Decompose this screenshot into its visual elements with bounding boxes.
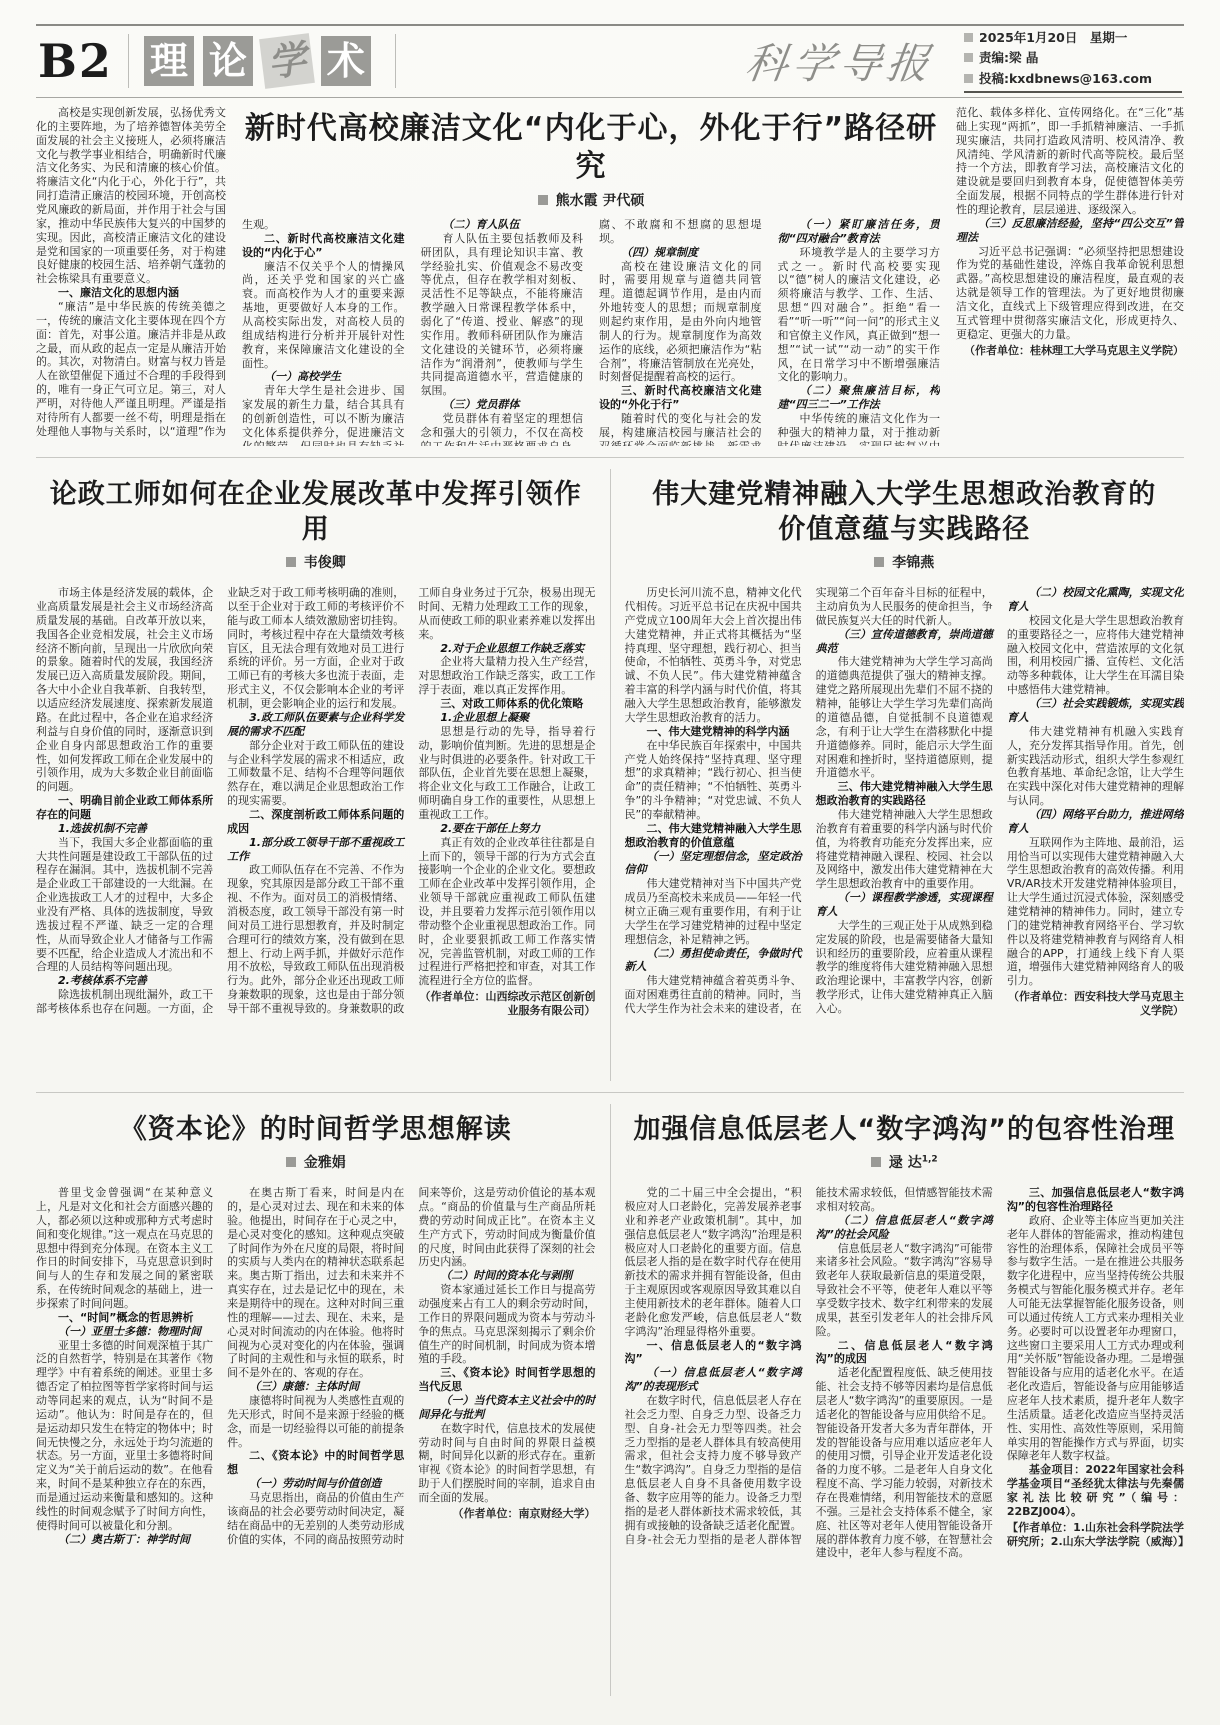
header-left: B2 理论学术 (38, 34, 411, 88)
section-separator (36, 457, 1184, 458)
article-subhead: （一）坚定理想信念，坚定政治信仰 (625, 850, 802, 878)
date-line: 2025年1月20日 星期一 (964, 28, 1182, 49)
article-political-instructors: 论政工师如何在企业发展改革中发挥引领作用 韦俊卿 市场主体是经济发展的载体，企业… (36, 469, 610, 1081)
article-subhead: 一、明确目前企业政工师体系所存在的问题 (36, 794, 213, 822)
article-paragraph: 伟大建党精神对当下中国共产党成员乃至高校未来成员——年轻一代树立正确三观有重要作… (625, 877, 802, 946)
article-paragraph: “廉洁”是中华民族的传统美德之一，传统的廉洁文化主要体现在四个方面：首先，对事公… (36, 300, 226, 438)
byline-square-icon (874, 557, 884, 567)
byline-square-icon (538, 195, 548, 205)
article-subhead: （二）校园文化熏陶，实现文化育人 (1007, 586, 1184, 614)
article-paragraph: 市场主体是经济发展的载体，企业高质量发展是社会主义市场经济高质量发展的基础。自改… (36, 586, 213, 794)
article-subhead: 一、“时间”概念的哲思辨析 (36, 1311, 213, 1325)
article-attribution: （作者单位：桂林理工大学马克思主义学院） (956, 344, 1184, 358)
article-paragraph: 真正有效的企业改革往往都是自上而下的，领导干部的行为方式会直接影响一个企业的企业… (418, 836, 595, 988)
article-paragraph: 习近平总书记强调：“必须坚持把思想建设作为党的基础性建设，淬炼自我革命锐利思想武… (956, 245, 1184, 342)
editor-line: 责编:梁 晶 (964, 48, 1182, 69)
section-title-char: 术 (321, 36, 371, 86)
article-subhead: 三、新时代高校廉洁文化建设的“外化于行” (599, 384, 762, 412)
article-subhead: （四）规章制度 (599, 246, 762, 260)
article-subhead: （二）信息低层老人“数字鸿沟”的社会风险 (816, 1214, 993, 1242)
article-paragraph: 普里戈金曾强调“在某种意义上，凡是对文化和社会方面感兴趣的人，都必须以这种或那种… (36, 1186, 213, 1311)
section-title-char: 学 (259, 33, 315, 89)
article-subhead: 2.对于企业思想工作缺乏落实 (418, 642, 595, 656)
article-paragraph: 互联网作为主阵地、最前沿，运用恰当可以实现伟大建党精神融入大学生思想政治教育的高… (1007, 836, 1184, 988)
article-das-kapital-time: 《资本论》的时间哲学思想解读 金雅娟 普里戈金曾强调“在某种意义上，凡是对文化和… (36, 1104, 610, 1696)
article-paragraph: 伟大建党精神有机融入实践育人，充分发挥其指导作用。首先，创新实践活动形式，组织大… (1007, 725, 1184, 808)
newspaper-logo: 科学导报 (742, 31, 938, 91)
article-attribution: （作者单位：南京财经大学） (418, 1507, 595, 1521)
article-subhead: 一、信息低层老人的“数字鸿沟” (625, 1339, 802, 1367)
page-header: B2 理论学术 科学导报 2025年1月20日 星期一 责编:梁 晶 投稿:kx… (36, 24, 1184, 98)
article-subhead: （三）反思廉洁经验，坚持“四公交互”管理法 (956, 217, 1184, 245)
article-subhead: （一）当代资本主义社会中的时间异化与批判 (418, 1394, 595, 1422)
articles-row-2: 论政工师如何在企业发展改革中发挥引领作用 韦俊卿 市场主体是经济发展的载体，企业… (36, 469, 1184, 1081)
article-paragraph: 伟大建党精神为大学生学习高尚的道德典范提供了强大的精神支撑。建党之路所展现出先辈… (816, 655, 993, 780)
article-subhead: 二、信息低层老人“数字鸿沟”的成因 (816, 1339, 993, 1367)
section-title: 理论学术 (144, 36, 380, 86)
article-title-campus-integrity: 新时代高校廉洁文化“内化于心，外化于行”路径研究 (242, 110, 940, 185)
article-subhead: （一）高校学生 (242, 370, 405, 384)
byline-digital-divide: 逯 达1,2 (625, 1152, 1185, 1172)
article-paragraph: 随着时代的变化与社会的发展，构建廉洁校园与廉洁社会的双循环常会面临新挑战、新需求… (599, 412, 762, 446)
article-subhead: 2.考核体系不完善 (36, 974, 213, 988)
article-digital-divide: 加强信息低层老人“数字鸿沟”的包容性治理 逯 达1,2 党的二十届三中全会提出，… (611, 1104, 1185, 1696)
article-subhead: 一、廉洁文化的思想内涵 (36, 286, 226, 300)
article-subhead: （一）亚里士多德：物理时间 (36, 1325, 213, 1339)
article-subhead: （四）网络平台助力，推进网络育人 (1007, 808, 1184, 836)
article-paragraph: 廉洁不仅关乎个人的情操风尚，还关乎党和国家的兴亡盛衰。而高校作为人才的重要来源基… (242, 260, 405, 371)
article-subhead: （二）育人队伍 (421, 218, 584, 232)
article-subhead: （二）勇担使命责任，争做时代新人 (625, 947, 802, 975)
article-title-political-instructors: 论政工师如何在企业发展改革中发挥引领作用 (36, 477, 596, 547)
article-subhead: 三、加强信息低层老人“数字鸿沟”的包容性治理路径 (1007, 1186, 1184, 1214)
article-subhead: 二、新时代高校廉洁文化建设的“内化于心” (242, 232, 405, 260)
title-line-2: 价值意蕴与实践路径 (778, 514, 1030, 545)
article-subhead: （一）课程教学渗透，实现课程育人 (816, 891, 993, 919)
author-names: 金雅娟 (304, 1155, 346, 1171)
article-subhead: 1.选拔机制不完善 (36, 822, 213, 836)
article-subhead: （三）党员群体 (421, 398, 584, 412)
article-body-political-instructors: 市场主体是经济发展的载体，企业高质量发展是社会主义市场经济高质量发展的基础。自改… (36, 586, 596, 1081)
byline-campus-integrity: 熊水霞 尹代硕 (242, 190, 940, 210)
byline-square-icon (286, 1157, 296, 1167)
article-paragraph: 校园文化是大学生思想政治教育的重要路径之一，应将伟大建党精神融入校园文化中，营造… (1007, 614, 1184, 697)
article-center: 新时代高校廉洁文化“内化于心，外化于行”路径研究 熊水霞 尹代硕 生观。二、新时… (242, 106, 940, 446)
author-affiliation-superscript: 1,2 (922, 1154, 938, 1164)
article-attribution: （作者单位：西安科技大学马克思主义学院） (1007, 990, 1184, 1018)
article-body-party-spirit: 历史长河川流不息，精神文化代代相传。习近平总书记在庆祝中国共产党成立100周年大… (625, 586, 1185, 1081)
article-subhead: 二、《资本论》中的时间哲学思想 (227, 1449, 404, 1477)
byline-political-instructors: 韦俊卿 (36, 552, 596, 572)
article-paragraph: 环境教学是人的主要学习方式之一。新时代高校要实现以“德”树人的廉洁文化建设，必须… (778, 246, 941, 385)
header-divider (128, 34, 129, 88)
article-paragraph: 大学生的三观正处于从成熟到稳定发展的阶段，也是需要储备大量知识和经历的重要阶段，… (816, 919, 993, 1016)
title-line-1: 伟大建党精神融入大学生思想政治教育的 (652, 479, 1156, 510)
article-subhead: 1.部分政工领导干部不重视政工工作 (227, 836, 404, 864)
article-paragraph: 政府、企业等主体应当更加关注老年人群体的智能需求，推动构建包容性的治理体系，保障… (1007, 1214, 1184, 1463)
article-subhead: （二）聚焦廉洁目标，构建“四三二一”工作法 (778, 384, 941, 412)
article-paragraph: 伟大建党精神融入大学生思想政治教育有着重要的科学内涵与时代价值，为将教育功能充分… (816, 808, 993, 891)
section-title-char: 论 (203, 36, 253, 86)
article-subhead: 三、伟大建党精神融入大学生思想政治教育的实践路径 (816, 780, 993, 808)
byline-square-icon (286, 557, 296, 567)
article-title-digital-divide: 加强信息低层老人“数字鸿沟”的包容性治理 (625, 1112, 1185, 1147)
byline-party-spirit: 李锦燕 (625, 552, 1185, 572)
article-subhead: 1.企业思想上凝聚 (418, 711, 595, 725)
article-attribution: （作者单位：山西综改示范区创新创业服务有限公司） (418, 990, 595, 1018)
header-divider (395, 34, 396, 88)
article-subhead: （三）宣传道德教育，崇尚道德典范 (816, 628, 993, 656)
article-paragraph: 生观。 (242, 218, 405, 232)
article-paragraph: 当下，我国大多企业都面临的重大共性问题是建设政工干部队伍的过程存在漏洞。其中，选… (36, 836, 213, 975)
article-paragraph: 适老化配置程度低、缺乏使用技能、社会支持不够等因素均是信息低层老人“数字鸿沟”的… (816, 1366, 993, 1560)
article-body-digital-divide: 党的二十届三中全会提出，“积极应对人口老龄化，完善发展养老事业和养老产业政策机制… (625, 1186, 1185, 1696)
article-paragraph: 资本家通过延长工作日与提高劳动强度来占有工人的剩余劳动时间，工作日的界限问题成为… (418, 1283, 595, 1366)
article-paragraph: 亚里士多德的时间观深植于其广泛的自然哲学，特别是在其著作《物理学》中有着系统的阐… (36, 1339, 213, 1533)
author-names: 逯 达 (889, 1155, 922, 1171)
article-subhead: 2.要在干部任上努力 (418, 822, 595, 836)
issue-info: 2025年1月20日 星期一 责编:梁 晶 投稿:kxdbnews@163.co… (964, 28, 1182, 94)
section-title-char: 理 (144, 36, 194, 86)
article-subhead: 3.政工师队伍要素与企业科学发展的需求不匹配 (227, 711, 404, 739)
author-names: 熊水霞 尹代硕 (556, 193, 645, 209)
article-title-das-kapital-time: 《资本论》的时间哲学思想解读 (36, 1112, 596, 1147)
article-subhead: （三）社会实践锻炼，实现实践育人 (1007, 697, 1184, 725)
article-subhead: （二）奥古斯丁：神学时间 (36, 1533, 213, 1547)
article-attribution: 【作者单位：1.山东社会科学院法学研究所；2.山东大学法学院（威海）】 (1007, 1521, 1184, 1549)
articles-row-3: 《资本论》的时间哲学思想解读 金雅娟 普里戈金曾强调“在某种意义上，凡是对文化和… (36, 1104, 1184, 1696)
article-paragraph: 青年大学生是社会进步、国家发展的新生力量，结合其具有的创新创造性，可以不断为廉洁… (242, 384, 405, 446)
page-number: B2 (38, 38, 113, 84)
article-paragraph: 党的二十届三中全会提出，“积极应对人口老龄化，完善发展养老事业和养老产业政策机制… (625, 1186, 802, 1338)
author-names: 李锦燕 (892, 555, 934, 571)
article-subhead: 二、深度剖析政工师体系问题的成因 (227, 808, 404, 836)
article-subhead: （一）信息低层老人“数字鸿沟”的表现形式 (625, 1366, 802, 1394)
article-subhead: 三、《资本论》时间哲学思想的当代反思 (418, 1366, 595, 1394)
article-subhead: 三、对政工师体系的优化策略 (418, 697, 595, 711)
article-body-campus-integrity: 生观。二、新时代高校廉洁文化建设的“内化于心”廉洁不仅关乎个人的情操风尚，还关乎… (242, 218, 940, 446)
fund-note: 基金项目：2022年国家社会科学基金项目“圣经犹太律法与先秦儒家礼法比较研究”（… (1007, 1463, 1184, 1518)
contact-line: 投稿:kxdbnews@163.com (964, 69, 1182, 94)
article-paragraph: 思想是行动的先导，指导着行动，影响价值判断。先进的思想是企业与时俱进的必要条件。… (418, 725, 595, 822)
article-paragraph: 部分企业对于政工师队伍的建设与企业科学发展的需求不相适应，政工师数量不足、结构不… (227, 739, 404, 808)
intro-column: 高校是实现创新发展，弘扬优秀文化的主要阵地，为了培养德智体美劳全面发展的社会主义… (36, 106, 226, 438)
article-subhead: 二、伟大建党精神融入大学生思想政治教育的价值意蕴 (625, 822, 802, 850)
article-title-party-spirit: 伟大建党精神融入大学生思想政治教育的 价值意蕴与实践路径 (625, 477, 1185, 547)
byline-das-kapital: 金雅娟 (36, 1152, 596, 1172)
article-paragraph: 范化、载体多样化、宣传网络化。在“三化”基础上实现“两抓”，即一手抓精神廉洁、一… (956, 106, 1184, 217)
article-paragraph: 高校是实现创新发展，弘扬优秀文化的主要阵地，为了培养德智体美劳全面发展的社会主义… (36, 106, 226, 286)
article-paragraph: 康德将时间视为人类感性直观的先天形式，时间不是来源于经验的概念，而是一切经验得以… (227, 1394, 404, 1449)
article-subhead: （二）时间的资本化与剥削 (418, 1269, 595, 1283)
article-paragraph: 在数字时代，信息技术的发展使劳动时间与自由时间的界限日益模糊，时间异化以新的形式… (418, 1422, 595, 1505)
article-paragraph: 历史长河川流不息，精神文化代代相传。习近平总书记在庆祝中国共产党成立100周年大… (625, 586, 802, 725)
header-right: 科学导报 2025年1月20日 星期一 责编:梁 晶 投稿:kxdbnews@1… (746, 28, 1182, 94)
byline-square-icon (871, 1157, 881, 1167)
article-paragraph: 高校在建设廉洁文化的同时，需要用规章与道德共同管理。道德起调节作用，是由内而外地… (599, 260, 762, 385)
author-names: 韦俊卿 (304, 555, 346, 571)
article-paragraph: 中华传统的廉洁文化作为一种强大的精神力量，对于推动新时代廉洁建设、实现民族复兴中… (778, 412, 941, 446)
section-separator (36, 1092, 1184, 1093)
article-paragraph: 企业将大量精力投入生产经营，对思想政治工作缺乏落实，政工工作浮于表面，难以真正发… (418, 655, 595, 697)
article-paragraph: 在奥古斯丁看来，时间是内在的，是心灵对过去、现在和未来的体验。他提出，时间存在于… (227, 1186, 404, 1380)
article-paragraph: 在中华民族百年探索中，中国共产党人始终保持“坚持真理、坚守理想”的求真精神；“践… (625, 739, 802, 822)
article-party-spirit: 伟大建党精神融入大学生思想政治教育的 价值意蕴与实践路径 李锦燕 历史长河川流不… (611, 469, 1185, 1081)
right-column: 范化、载体多样化、宣传网络化。在“三化”基础上实现“两抓”，即一手抓精神廉洁、一… (956, 106, 1184, 438)
newspaper-page: B2 理论学术 科学导报 2025年1月20日 星期一 责编:梁 晶 投稿:kx… (0, 0, 1220, 1725)
article-subhead: （三）康德：主体时间 (227, 1380, 404, 1394)
article-subhead: （一）紧盯廉洁任务，贯彻“四对融合”教育法 (778, 218, 941, 246)
article-campus-integrity: 高校是实现创新发展，弘扬优秀文化的主要阵地，为了培养德智体美劳全面发展的社会主义… (36, 98, 1184, 446)
article-body-das-kapital: 普里戈金曾强调“在某种意义上，凡是对文化和社会方面感兴趣的人，都必须以这种或那种… (36, 1186, 596, 1696)
article-paragraph: 育人队伍主要包括教师及科研团队，具有理论知识丰富、教学经验扎实、价值观念不易改变… (421, 232, 584, 398)
article-subhead: （一）劳动时间与价值创造 (227, 1477, 404, 1491)
article-paragraph: 信息低层老人“数字鸿沟”可能带来诸多社会风险。“数字鸿沟”容易导致老年人获取最新… (816, 1242, 993, 1339)
article-subhead: 一、伟大建党精神的科学内涵 (625, 725, 802, 739)
